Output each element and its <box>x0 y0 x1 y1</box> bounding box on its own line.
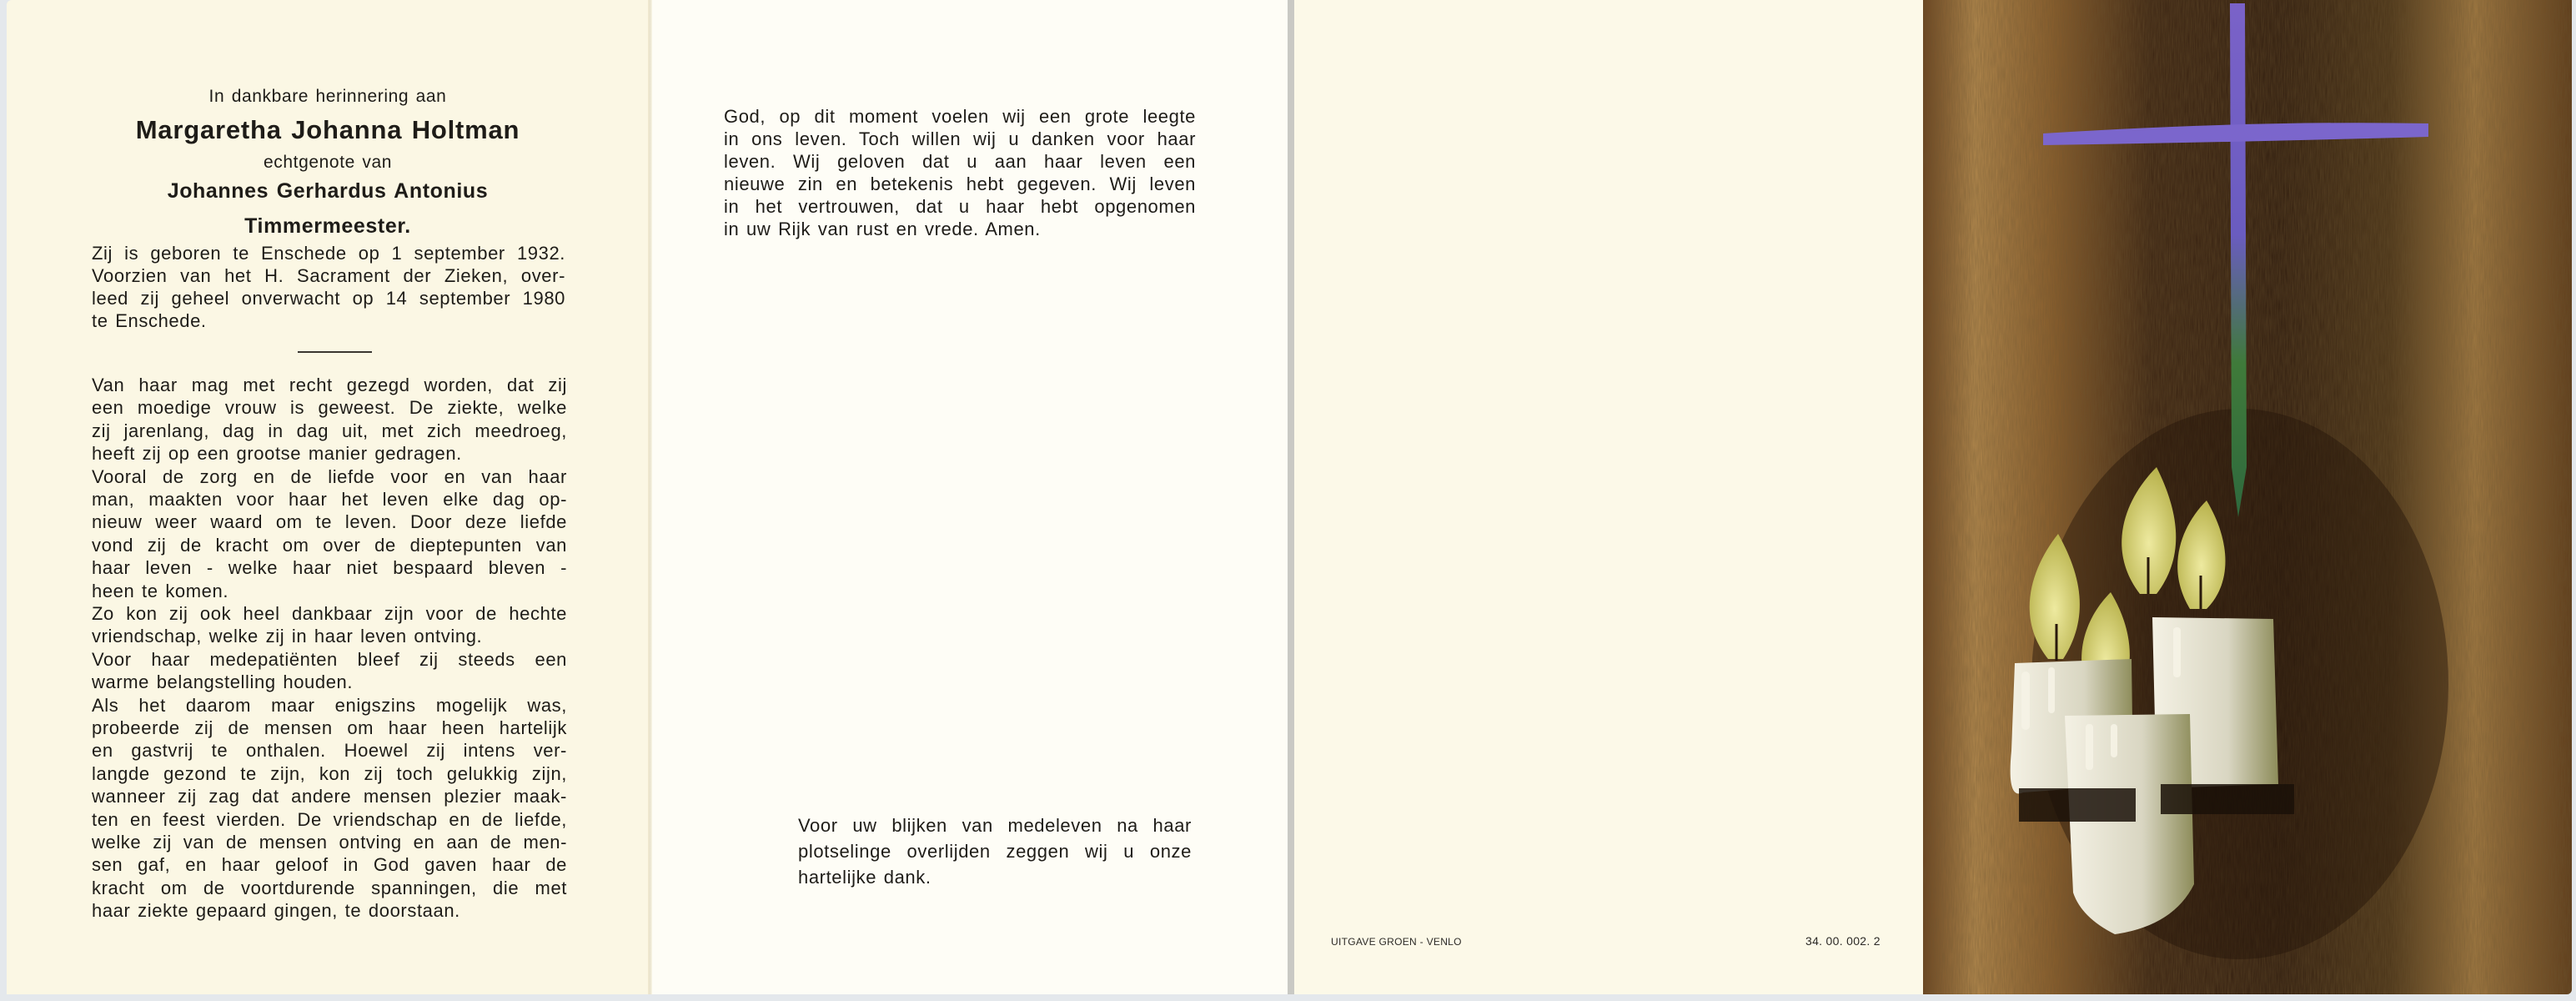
relation-text: echtgenote van <box>7 153 649 173</box>
tribute-line: heen te komen. <box>92 581 567 602</box>
fold-gap <box>1288 0 1294 994</box>
tribute-line: welke zij van de mensen ontving en aan d… <box>92 832 567 853</box>
tribute-line: langde gezond te zijn, kon zij toch gelu… <box>92 763 567 785</box>
tribute-line: en gastvrij te onthalen. Hoewel zij inte… <box>92 740 567 762</box>
tribute-line: vond zij de kracht om over de dieptepunt… <box>92 535 567 556</box>
tribute-line: probeerde zij de mensen om haar heen har… <box>92 717 567 739</box>
prayer-line: in het vertrouwen, dat u haar hebt opgen… <box>724 196 1196 218</box>
thanks-line: plotselinge overlijden zeggen wij u onze <box>798 841 1192 863</box>
prayer-line: nieuwe zin en betekenis hebt gegeven. Wi… <box>724 174 1196 195</box>
prayer-line: in uw Rijk van rust en vrede. Amen. <box>724 219 1196 240</box>
tribute-line: haar ziekte gepaard gingen, te doorstaan… <box>92 900 567 922</box>
tribute-line: wanneer zij zag dat andere mensen plezie… <box>92 786 567 807</box>
prayer-line: in ons leven. Toch willen wij u danken v… <box>724 128 1196 150</box>
bio-line: Voorzien van het H. Sacrament der Zieken… <box>92 265 565 287</box>
tribute-line: Zo kon zij ook heel dankbaar zijn voor d… <box>92 603 567 625</box>
tribute-line: een moedige vrouw is geweest. De ziekte,… <box>92 397 567 419</box>
prayer-line: leven. Wij geloven dat u aan haar leven … <box>724 151 1196 173</box>
spouse-name-line2: Timmermeester. <box>7 214 649 239</box>
item-number: 34. 00. 002. 2 <box>1805 934 1881 948</box>
thanks-line: Voor uw blijken van medeleven na haar <box>798 815 1192 837</box>
tribute-line: Van haar mag met recht gezegd worden, da… <box>92 375 567 396</box>
tribute-line: nieuw weer waard om te leven. Door deze … <box>92 511 567 533</box>
card-panel-artwork <box>1923 0 2572 994</box>
bio-line: te Enschede. <box>92 310 565 332</box>
tribute-line: man, maakten voor haar het leven elke da… <box>92 489 567 511</box>
card-panel-back: UITGAVE GROEN - VENLO 34. 00. 002. 2 <box>1294 0 1923 994</box>
separator-line <box>298 351 372 353</box>
prayer-line: God, op dit moment voelen wij een grote … <box>724 106 1196 128</box>
tribute-line: Voor haar medepatiënten bleef zij steeds… <box>92 649 567 671</box>
candles-cross-painting <box>1923 0 2572 994</box>
card-panel-prayer: God, op dit moment voelen wij een grote … <box>652 0 1288 994</box>
bio-line: Zij is geboren te Enschede op 1 septembe… <box>92 243 565 264</box>
tribute-line: haar leven - welke haar niet bespaard bl… <box>92 557 567 579</box>
publisher-imprint: UITGAVE GROEN - VENLO <box>1331 936 1462 948</box>
tribute-line: Vooral de zorg en de liefde voor en van … <box>92 466 567 488</box>
tribute-line: zij jarenlang, dag in dag uit, met zich … <box>92 420 567 442</box>
spouse-name-line1: Johannes Gerhardus Antonius <box>7 179 649 204</box>
deceased-name: Margaretha Johanna Holtman <box>7 115 649 145</box>
tribute-line: kracht om de voortdurende spanningen, di… <box>92 878 567 899</box>
card-panel-biography: In dankbare herinnering aan Margaretha J… <box>7 0 649 994</box>
thanks-line: hartelijke dank. <box>798 867 1192 888</box>
tribute-line: Als het daarom maar enigszins mogelijk w… <box>92 695 567 717</box>
tribute-line: warme belangstelling houden. <box>92 672 567 693</box>
tribute-line: ten en feest vierden. De vriendschap en … <box>92 809 567 831</box>
tribute-line: vriendschap, welke zij in haar leven ont… <box>92 626 567 647</box>
tribute-line: sen gaf, en haar geloof in God gaven haa… <box>92 854 567 876</box>
bio-line: leed zij geheel onverwacht op 14 septemb… <box>92 288 565 309</box>
intro-text: In dankbare herinnering aan <box>7 87 649 107</box>
tribute-line: heeft zij op een grootse manier gedragen… <box>92 443 567 465</box>
